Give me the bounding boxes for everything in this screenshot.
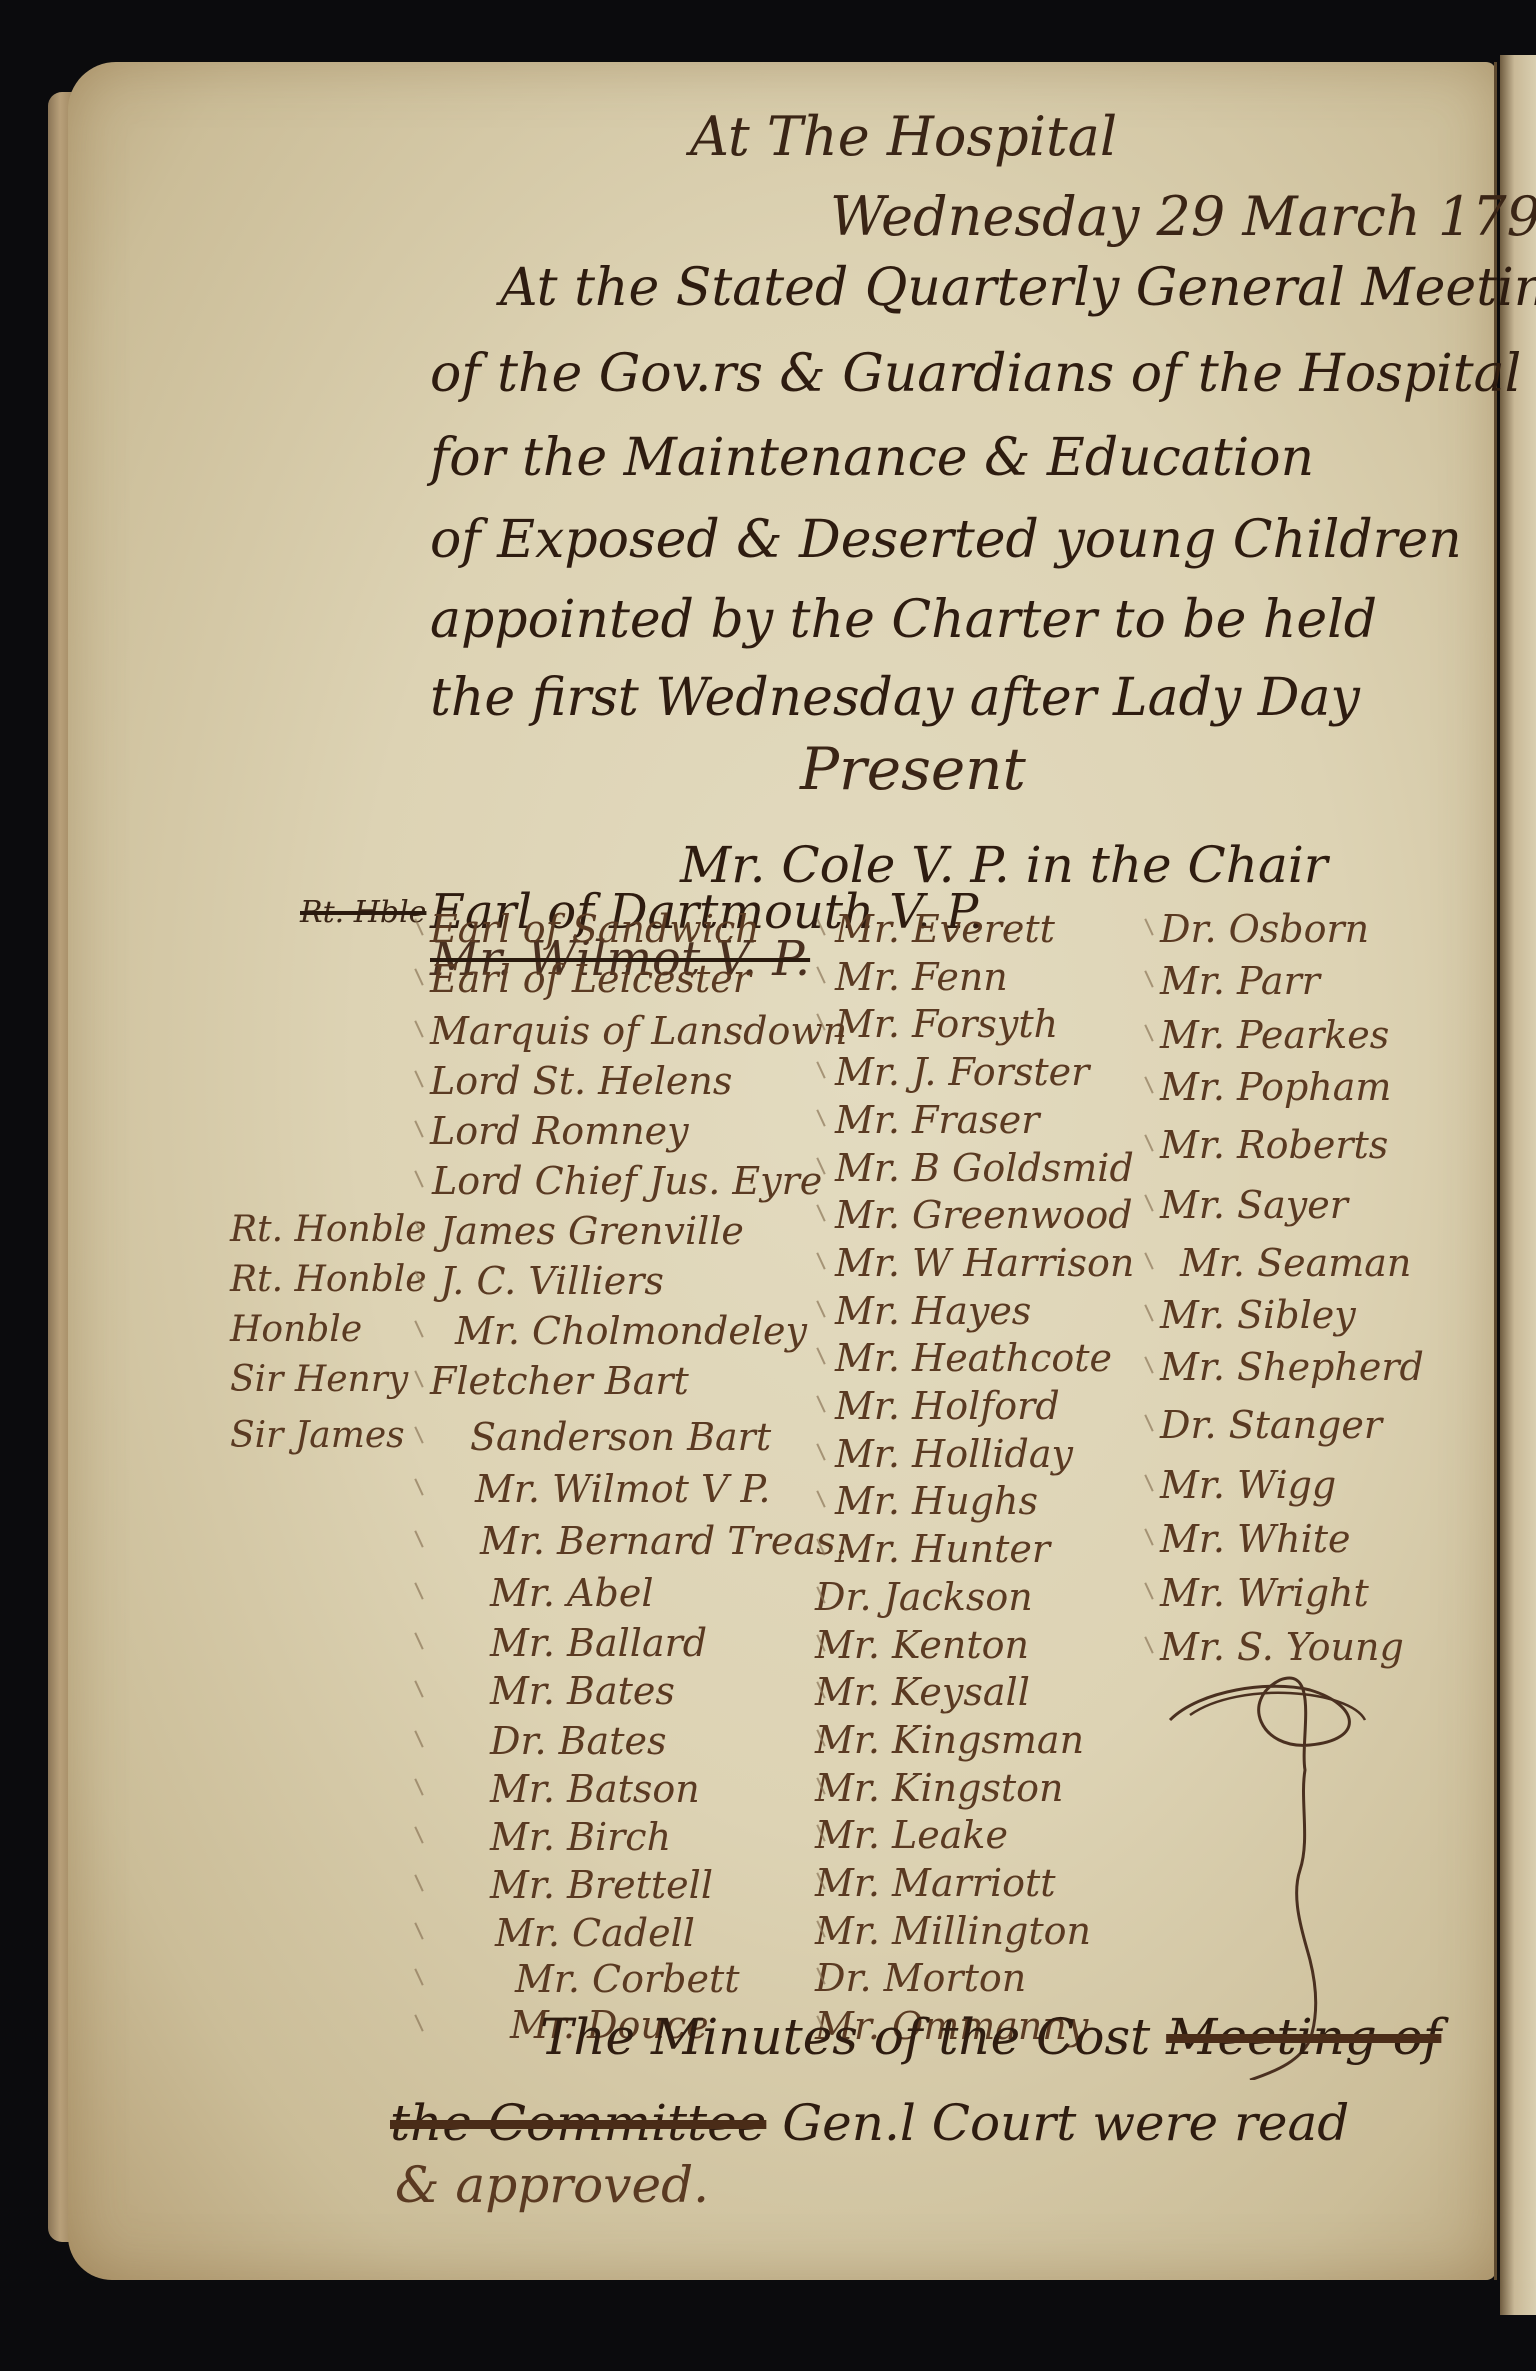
attendee-name: Mr. Forsyth	[835, 1005, 1058, 1043]
heading-line-1: At The Hospital	[690, 110, 1117, 164]
attendee-name: Mr. Ballard	[490, 1624, 707, 1662]
preamble-line-1: At the Stated Quarterly General Meeting	[500, 262, 1536, 314]
attendee-name: Mr. Holliday	[835, 1435, 1073, 1473]
attendee-name: Mr. Roberts	[1160, 1126, 1388, 1164]
attendee-prefix: Sir Henry	[230, 1362, 408, 1398]
preamble-line-5: appointed by the Charter to be held	[430, 594, 1377, 646]
minutes-line-1: The Minutes of the Cost Meeting of	[540, 2012, 1441, 2062]
attendee-name: Mr. B Goldsmid	[835, 1149, 1134, 1187]
attendee-name: Mr. Wigg	[1160, 1466, 1336, 1504]
present-label: Present	[800, 740, 1026, 798]
attendee-name: Dr. Jackson	[815, 1578, 1033, 1616]
attendee-name: James Grenville	[440, 1212, 744, 1250]
attendee-name: Mr. Cadell	[495, 1914, 695, 1952]
attendee-prefix: Rt. Honble	[230, 1262, 427, 1298]
preamble-line-2: of the Gov.rs & Guardians of the Hospita…	[430, 348, 1521, 400]
attendee-name: Mr. White	[1160, 1520, 1351, 1558]
attendee-name: Mr. Batson	[490, 1770, 700, 1808]
attendee-name: Mr. Bates	[490, 1672, 675, 1710]
attendee-name: Mr. Heathcote	[835, 1339, 1112, 1377]
attendee-name: Mr. Kenton	[815, 1626, 1029, 1664]
attendee-name: Mr. Popham	[1160, 1068, 1391, 1106]
attendee-name: Mr. Fraser	[835, 1101, 1039, 1139]
attendee-name: Dr. Bates	[490, 1722, 666, 1760]
struck-prefix: Rt. Hble	[300, 898, 426, 928]
attendee-name: Fletcher Bart	[430, 1362, 689, 1400]
attendee-name: Lord St. Helens	[430, 1062, 732, 1100]
chair-line: Mr. Cole V. P. in the Chair	[680, 840, 1328, 890]
attendee-name: Dr. Osborn	[1160, 910, 1369, 948]
minutes-court-text: Gen.l Court were read	[782, 2094, 1349, 2152]
attendee-prefix: Honble	[230, 1312, 362, 1348]
attendee-name: Mr. Kingston	[815, 1769, 1064, 1807]
attendee-name: Mr. J. Forster	[835, 1053, 1089, 1091]
attendee-prefix: Rt. Honble	[230, 1212, 427, 1248]
attendee-name: Dr. Morton	[815, 1959, 1026, 1997]
attendee-name: Dr. Stanger	[1160, 1406, 1382, 1444]
attendee-name: Mr. Hayes	[835, 1292, 1031, 1330]
attendee-name: Mr. Wilmot V P.	[475, 1470, 770, 1508]
attendee-name: Mr. Keysall	[815, 1673, 1030, 1711]
attendee-name: Mr. Sayer	[1160, 1186, 1348, 1224]
attendee-name: Mr. W Harrison	[835, 1244, 1134, 1282]
attendee-name: Mr. Wright	[1160, 1574, 1369, 1612]
attendee-name: Lord Chief Jus. Eyre	[432, 1162, 822, 1200]
attendee-name: Mr. Hughs	[835, 1482, 1038, 1520]
attendee-name: Earl of Leicester	[430, 960, 751, 998]
attendee-name: Mr. Holford	[835, 1387, 1060, 1425]
attendee-name: Mr. Brettell	[490, 1866, 713, 1904]
attendee-name: Mr. Pearkes	[1160, 1016, 1389, 1054]
preamble-line-4: of Exposed & Deserted young Children	[430, 514, 1462, 566]
attendee-name: Mr. Greenwood	[835, 1196, 1133, 1234]
attendee-name: Mr. Fenn	[835, 958, 1008, 996]
attendee-name: Mr. Kingsman	[815, 1721, 1084, 1759]
attendee-name: Mr. Hunter	[835, 1530, 1050, 1568]
attendee-name: Mr. Seaman	[1180, 1244, 1411, 1282]
heading-date: Wednesday 29 March 1797.	[830, 190, 1536, 244]
attendee-name: Mr. Abel	[490, 1574, 653, 1612]
attendee-name: Mr. Cholmondeley	[455, 1312, 807, 1350]
attendee-name: Lord Romney	[430, 1112, 689, 1150]
attendee-name: Earl of Sandwich	[430, 910, 760, 948]
attendee-name: Mr. Millington	[815, 1912, 1091, 1950]
attendee-name: Mr. Bernard Treas.	[480, 1522, 848, 1560]
attendee-name: Marquis of Lansdown	[430, 1012, 847, 1050]
attendee-name: Mr. Sibley	[1160, 1296, 1356, 1334]
attendee-name: Mr. Leake	[815, 1816, 1008, 1854]
minutes-struck-text: Meeting of	[1166, 2008, 1441, 2066]
minutes-line-3: & approved.	[395, 2160, 709, 2210]
attendee-name: Mr. Parr	[1160, 962, 1320, 1000]
minutes-line-2: the Committee Gen.l Court were read	[390, 2098, 1349, 2148]
preamble-line-6: the first Wednesday after Lady Day	[430, 672, 1360, 724]
attendee-name: Mr. Everett	[835, 910, 1055, 948]
minutes-text: The Minutes of the Cost	[540, 2008, 1150, 2066]
attendee-name: Mr. Corbett	[515, 1960, 740, 1998]
attendee-name: Mr. Shepherd	[1160, 1348, 1424, 1386]
minutes-struck-committee: the Committee	[390, 2094, 766, 2152]
attendee-name: Sanderson Bart	[470, 1418, 771, 1456]
attendee-name: J. C. Villiers	[440, 1262, 664, 1300]
preamble-line-3: for the Maintenance & Education	[430, 432, 1314, 484]
attendee-name: Mr. Marriott	[815, 1864, 1056, 1902]
attendee-name: Mr. Birch	[490, 1818, 671, 1856]
attendee-prefix: Sir James	[230, 1418, 405, 1454]
